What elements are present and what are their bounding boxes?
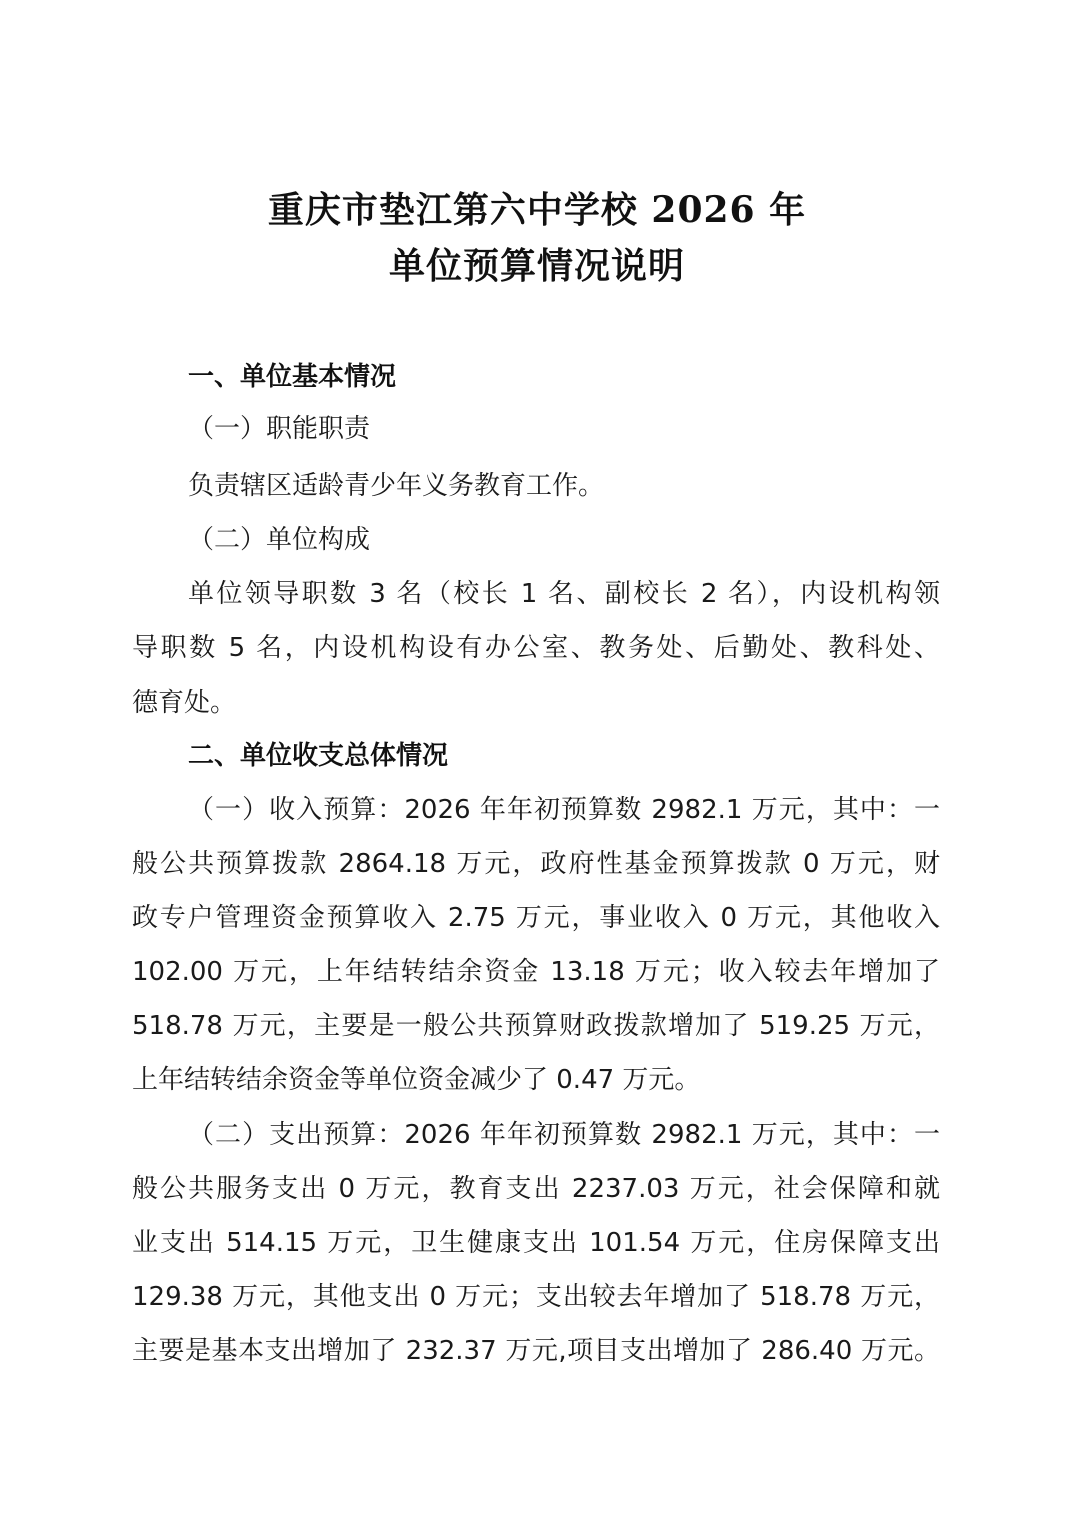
document-title-line2: 单位预算情况说明 <box>0 244 1074 288</box>
section2-heading: 二、单位收支总体情况 <box>188 739 448 773</box>
expense-line: （二）支出预算：2026 年年初预算数 2982.1 万元，其中：一 <box>188 1118 940 1152</box>
income-line: 518.78 万元，主要是一般公共预算财政拨款增加了 519.25 万元， <box>132 1009 940 1043</box>
section1-sub2-line: 单位领导职数 3 名（校长 1 名、副校长 2 名），内设机构领 <box>188 577 940 611</box>
section1-sub1-heading: （一）职能职责 <box>188 412 370 446</box>
section1-sub2-line: 德育处。 <box>132 686 236 720</box>
section1-heading: 一、单位基本情况 <box>188 360 396 394</box>
section1-sub2-line: 导职数 5 名，内设机构设有办公室、教务处、后勤处、教科处、 <box>132 631 940 665</box>
expense-line: 129.38 万元，其他支出 0 万元；支出较去年增加了 518.78 万元， <box>132 1280 940 1314</box>
income-line: 政专户管理资金预算收入 2.75 万元，事业收入 0 万元，其他收入 <box>132 901 940 935</box>
income-line: 上年结转结余资金等单位资金减少了 0.47 万元。 <box>132 1063 700 1097</box>
income-line: 般公共预算拨款 2864.18 万元，政府性基金预算拨款 0 万元，财 <box>132 847 940 881</box>
document-page: 重庆市垫江第六中学校 2026 年 单位预算情况说明 一、单位基本情况 （一）职… <box>0 0 1074 1520</box>
income-line: 102.00 万元，上年结转结余资金 13.18 万元；收入较去年增加了 <box>132 955 940 989</box>
expense-line: 般公共服务支出 0 万元，教育支出 2237.03 万元，社会保障和就 <box>132 1172 940 1206</box>
section1-sub1-text: 负责辖区适龄青少年义务教育工作。 <box>188 469 604 503</box>
expense-line: 业支出 514.15 万元，卫生健康支出 101.54 万元，住房保障支出 <box>132 1226 940 1260</box>
income-line: （一）收入预算：2026 年年初预算数 2982.1 万元，其中：一 <box>188 793 940 827</box>
document-title-line1: 重庆市垫江第六中学校 2026 年 <box>0 188 1074 232</box>
expense-line: 主要是基本支出增加了 232.37 万元,项目支出增加了 286.40 万元。 <box>132 1334 940 1368</box>
section1-sub2-heading: （二）单位构成 <box>188 523 370 557</box>
